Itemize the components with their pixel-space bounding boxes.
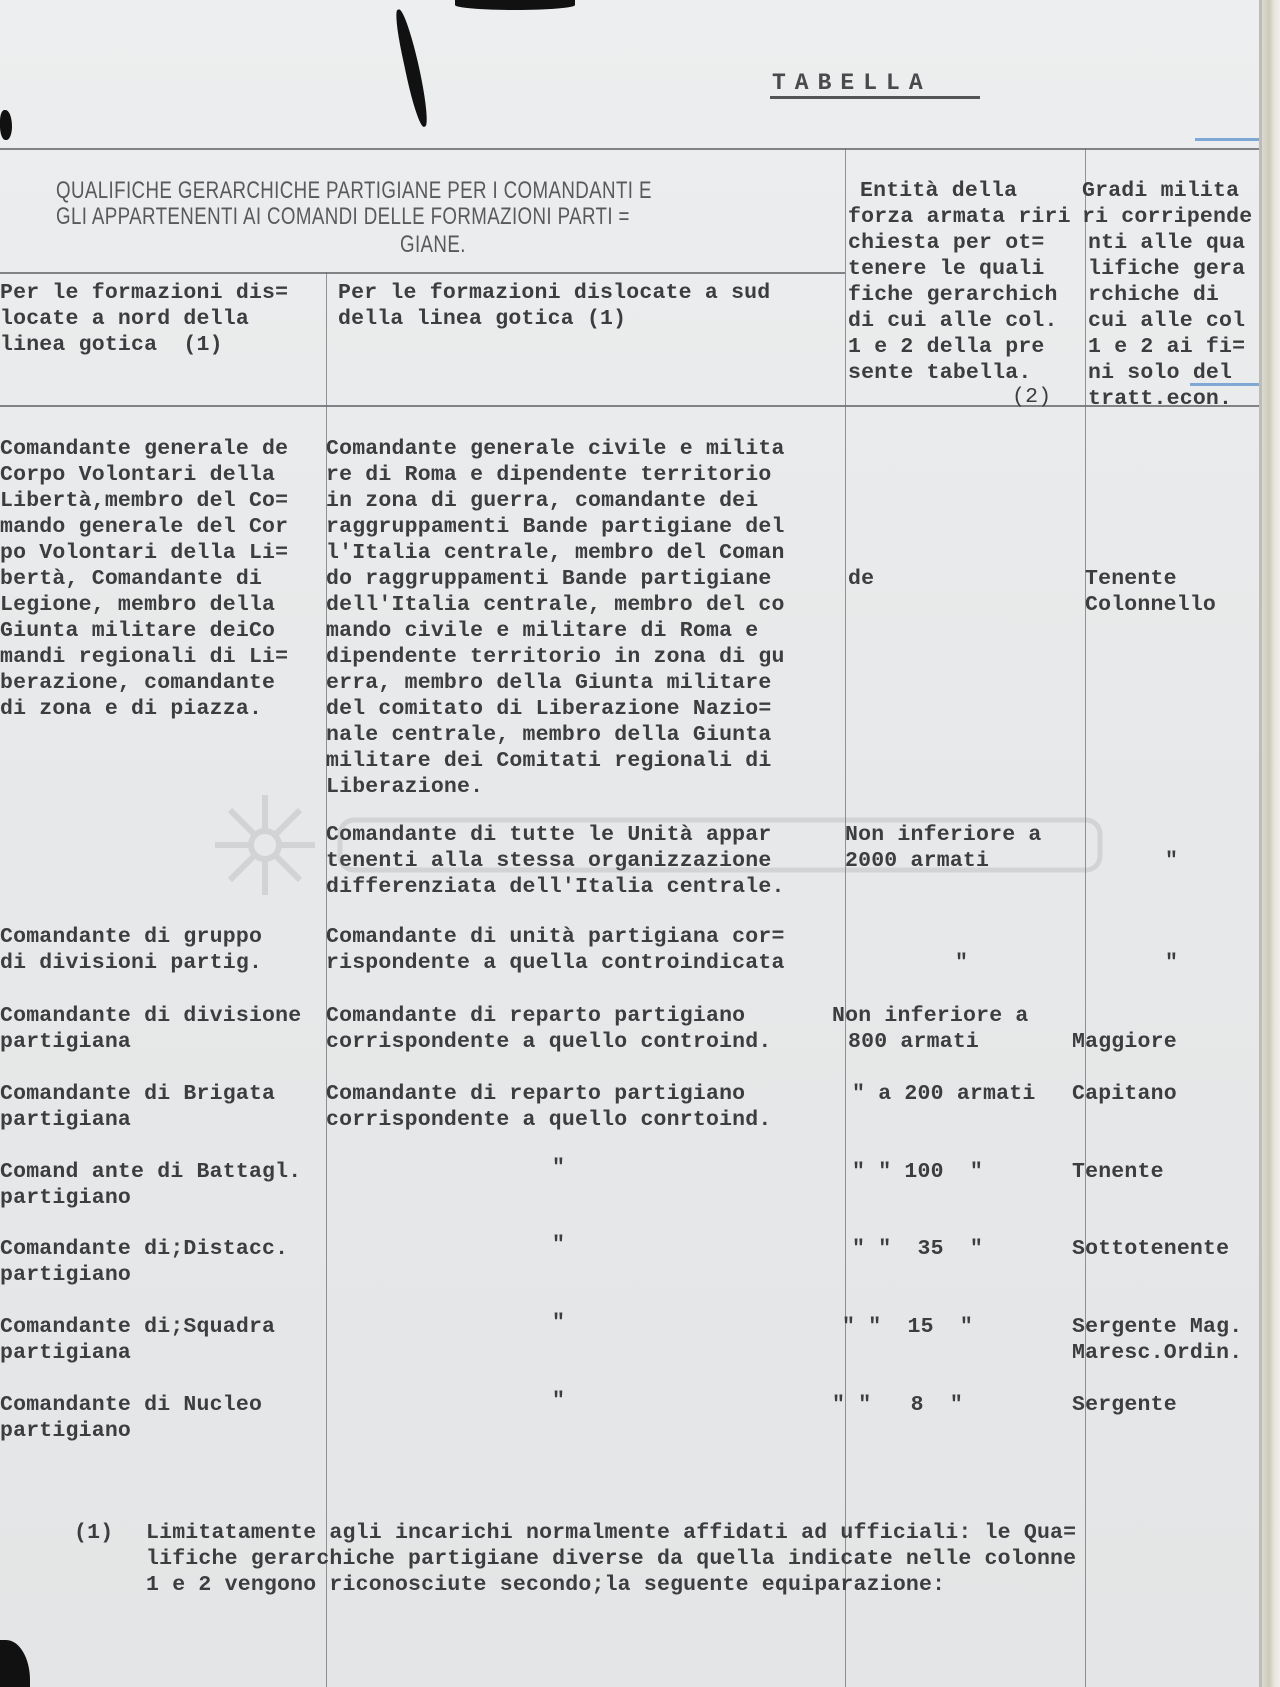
header-text: lifiche gera (1088, 256, 1245, 282)
header-text: forza armata riri (848, 204, 1071, 230)
cell-text: di zona e di piazza. (0, 696, 262, 722)
footnote-marker: (1) (74, 1520, 113, 1546)
cell-text: partigiana (0, 1107, 131, 1133)
cell-text: " " 8 " (832, 1392, 963, 1418)
table-top-rule (0, 148, 1262, 150)
cell-text: corrispondente a quello conrtoind. (326, 1107, 771, 1133)
blue-mark (1195, 138, 1262, 141)
header-text: Per le formazioni dislocate a sud (338, 280, 770, 306)
header-bottom-rule (0, 405, 1262, 407)
cell-text: Comandante di unità partigiana cor= (326, 924, 785, 950)
footnote-line: Limitatamente agli incarichi normalmente… (146, 1520, 1076, 1546)
cell-text: Comandante di gruppo (0, 924, 262, 950)
document-page: TABELLA QUALIFICHE GERARCHICHE PARTIGIAN… (0, 0, 1262, 1687)
cell-text: Comandante di Brigata (0, 1081, 275, 1107)
ditto-mark: " (955, 950, 968, 976)
header-text: 1 e 2 ai fi= (1088, 334, 1245, 360)
cell-text: Non inferiore a (832, 1003, 1029, 1029)
header-text: tratt.econ. (1088, 386, 1232, 412)
cell-text: Comandante di Nucleo (0, 1392, 262, 1418)
cell-text: corrispondente a quello controind. (326, 1029, 771, 1055)
title-underline (770, 96, 980, 99)
header-text: rchiche di (1088, 282, 1219, 308)
header-text: fiche gerarchich (848, 282, 1058, 308)
cell-text: re di Roma e dipendente territorio (326, 462, 771, 488)
header-text: tenere le quali (848, 256, 1045, 282)
header-text: Gradi milita (1082, 178, 1239, 204)
cell-text: Tenente (1072, 1159, 1164, 1185)
cell-text: mando civile e militare di Roma e (326, 618, 758, 644)
cell-text: in zona di guerra, comandante dei (326, 488, 758, 514)
cell-text: Comandante di reparto partigiano (326, 1081, 745, 1107)
cell-text: l'Italia centrale, membro del Coman (326, 540, 785, 566)
cell-text: nale centrale, membro della Giunta (326, 722, 771, 748)
main-heading-line: QUALIFICHE GERARCHICHE PARTIGIANE PER I … (56, 178, 652, 204)
cell-text: " " 35 " (852, 1236, 983, 1262)
cell-text: erra, membro della Giunta militare (326, 670, 771, 696)
paper-tear-mark (0, 1640, 30, 1687)
header-text: linea gotica (1) (0, 332, 223, 358)
cell-text: tenenti alla stessa organizzazione (326, 848, 771, 874)
header-text: di cui alle col. (848, 308, 1058, 334)
header-text: Per le formazioni dis= (0, 280, 288, 306)
cell-text: Comandante di;Distacc. (0, 1236, 288, 1262)
cell-text: Comandante di;Squadra (0, 1314, 275, 1340)
cell-text: Non inferiore a (845, 822, 1042, 848)
cell-text: partigiano (0, 1185, 131, 1211)
cell-text: Comandante di divisione (0, 1003, 301, 1029)
cell-text: differenziata dell'Italia centrale. (326, 874, 785, 900)
header-divider-rule (0, 272, 845, 274)
cell-text: dipendente territorio in zona di gu (326, 644, 785, 670)
cell-text: Capitano (1072, 1081, 1177, 1107)
header-text: sente tabella. (848, 360, 1031, 386)
cell-text: " " 15 " (842, 1314, 973, 1340)
paper-tear-mark (0, 110, 12, 140)
cell-text: Liberazione. (326, 774, 483, 800)
ditto-mark: " (1165, 848, 1178, 874)
cell-text: Comandante di tutte le Unità appar (326, 822, 771, 848)
main-heading-line: GIANE. (400, 232, 466, 258)
cell-text: " " 100 " (852, 1159, 983, 1185)
ditto-mark: " (552, 1310, 565, 1336)
cell-text: bertà, Comandante di (0, 566, 262, 592)
cell-text: di divisioni partig. (0, 950, 262, 976)
cell-text: Sergente Mag. (1072, 1314, 1242, 1340)
footnote-line: lifiche gerarchiche partigiane diverse d… (146, 1546, 1076, 1572)
column-rule (845, 148, 846, 1687)
cell-text: Maggiore (1072, 1029, 1177, 1055)
paper-tear-mark (455, 0, 575, 10)
document-title: TABELLA (772, 70, 932, 96)
ditto-mark: " (552, 1155, 565, 1181)
cell-text: po Volontari della Li= (0, 540, 288, 566)
cell-text: partigiano (0, 1262, 131, 1288)
cell-text: Sottotenente (1072, 1236, 1229, 1262)
cell-text: Maresc.Ordin. (1072, 1340, 1242, 1366)
ditto-mark: " (1165, 950, 1178, 976)
cell-text: militare dei Comitati regionali di (326, 748, 771, 774)
cell-text: raggruppamenti Bande partigiane del (326, 514, 785, 540)
cell-text: mando generale del Cor (0, 514, 288, 540)
paper-edge (1262, 0, 1280, 1687)
paper-tear-mark (393, 8, 432, 128)
header-text: cui alle col (1088, 308, 1245, 334)
header-text: Entità della (860, 178, 1017, 204)
ditto-mark: " (552, 1388, 565, 1414)
cell-text: partigiano (0, 1418, 131, 1444)
header-text: locate a nord della (0, 306, 249, 332)
cell-text: Comandante generale civile e milita (326, 436, 785, 462)
header-text: ni solo del (1088, 360, 1232, 386)
cell-text: 2000 armati (845, 848, 989, 874)
header-text: nti alle qua (1088, 230, 1245, 256)
cell-text: partigiana (0, 1340, 131, 1366)
ditto-mark: " (552, 1232, 565, 1258)
cell-text: Colonnello (1085, 592, 1216, 618)
cell-text: berazione, comandante (0, 670, 275, 696)
header-text: della linea gotica (1) (338, 306, 626, 332)
cell-text: Legione, membro della (0, 592, 275, 618)
column-rule (1085, 148, 1086, 1687)
cell-text: Comand ante di Battagl. (0, 1159, 301, 1185)
cell-text: Libertà,membro del Co= (0, 488, 288, 514)
header-text: 1 e 2 della pre (848, 334, 1045, 360)
cell-text: partigiana (0, 1029, 131, 1055)
cell-text: 800 armati (848, 1029, 979, 1055)
cell-text: Giunta militare deiCo (0, 618, 275, 644)
main-heading-line: GLI APPARTENENTI AI COMANDI DELLE FORMAZ… (56, 204, 630, 230)
cell-text: rispondente a quella controindicata (326, 950, 785, 976)
header-footnote-ref: (2) (1012, 384, 1051, 410)
cell-text: Sergente (1072, 1392, 1177, 1418)
header-text: ri corripende (1082, 204, 1252, 230)
header-text: chiesta per ot= (848, 230, 1045, 256)
cell-text: do raggruppamenti Bande partigiane (326, 566, 771, 592)
cell-text: Tenente (1085, 566, 1177, 592)
cell-text: " a 200 armati (852, 1081, 1035, 1107)
cell-text: mandi regionali di Li= (0, 644, 288, 670)
cell-text: Corpo Volontari della (0, 462, 275, 488)
cell-text: de (848, 566, 874, 592)
cell-text: del comitato di Liberazione Nazio= (326, 696, 771, 722)
footnote-line: 1 e 2 vengono riconosciute secondo;la se… (146, 1572, 945, 1598)
cell-text: Comandante generale de (0, 436, 288, 462)
cell-text: dell'Italia centrale, membro del co (326, 592, 785, 618)
cell-text: Comandante di reparto partigiano (326, 1003, 745, 1029)
